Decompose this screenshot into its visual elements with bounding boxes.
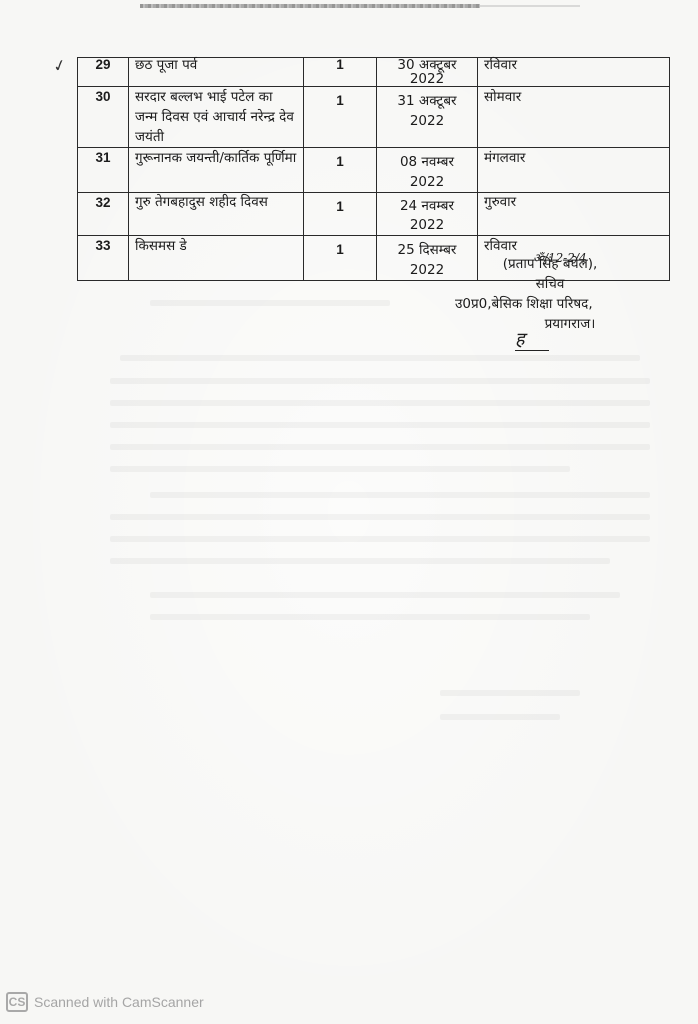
bleed-through-line xyxy=(440,690,580,696)
scan-top-edge-faint xyxy=(480,5,580,7)
holiday-date: 30 अक्टूबर 2022 xyxy=(377,58,478,87)
serial-number: 31 xyxy=(78,148,129,193)
date-value: 31 अक्टूबर 2022 xyxy=(383,91,471,131)
bleed-through-line xyxy=(150,492,650,498)
camscanner-text: Scanned with CamScanner xyxy=(34,994,204,1010)
table-row: 31 गुरूनानक जयन्ती/कार्तिक पूर्णिमा 1 08… xyxy=(78,148,670,193)
date-value: 08 नवम्बर 2022 xyxy=(383,152,471,192)
signature-block: (प्रताप सिंह बघेल), ॐ/12-2/4 सचिव उ0प्र0… xyxy=(455,254,645,334)
scan-top-edge xyxy=(140,4,480,8)
holiday-date: 08 नवम्बर 2022 xyxy=(377,148,478,193)
signatory-office: उ0प्र0,बेसिक शिक्षा परिषद, xyxy=(455,294,645,314)
camscanner-watermark: CS Scanned with CamScanner xyxy=(6,992,204,1012)
holiday-name: किसमस डे xyxy=(129,236,304,281)
bleed-through-line xyxy=(110,558,610,564)
bleed-through-line xyxy=(110,444,650,450)
holiday-weekday: गुरुवार xyxy=(478,193,670,236)
days-value: 1 xyxy=(336,58,344,72)
holiday-name: छठ पूजा पर्व xyxy=(129,58,304,87)
bleed-through-line xyxy=(150,614,590,620)
holiday-weekday: सोमवार xyxy=(478,87,670,148)
days-value: 1 xyxy=(336,91,344,111)
holiday-name: सरदार बल्लभ भाई पटेल का जन्म दिवस एवं आच… xyxy=(129,87,304,148)
serial-number: 32 xyxy=(78,193,129,236)
table-row: 32 गुरु तेगबहादुस शहीद दिवस 1 24 नवम्बर … xyxy=(78,193,670,236)
signatory-designation: सचिव xyxy=(455,274,645,294)
table-row: 30 सरदार बल्लभ भाई पटेल का जन्म दिवस एवं… xyxy=(78,87,670,148)
holiday-days: 1 xyxy=(304,58,377,87)
handwritten-date: ॐ/12-2/4 xyxy=(533,248,587,268)
camscanner-logo-icon: CS xyxy=(6,992,28,1012)
table-row: 29 छठ पूजा पर्व 1 30 अक्टूबर 2022 रविवार xyxy=(78,58,670,87)
holiday-name: गुरु तेगबहादुस शहीद दिवस xyxy=(129,193,304,236)
bleed-through-line xyxy=(150,592,620,598)
holiday-name: गुरूनानक जयन्ती/कार्तिक पूर्णिमा xyxy=(129,148,304,193)
holiday-days: 1 xyxy=(304,193,377,236)
serial-number: 33 xyxy=(78,236,129,281)
bleed-through-line xyxy=(110,422,650,428)
bleed-through-line xyxy=(110,378,650,384)
holiday-weekday: मंगलवार xyxy=(478,148,670,193)
date-value: 24 नवम्बर 2022 xyxy=(383,197,471,235)
holiday-date: 31 अक्टूबर 2022 xyxy=(377,87,478,148)
holiday-days: 1 xyxy=(304,236,377,281)
days-value: 1 xyxy=(336,240,344,260)
bleed-through-line xyxy=(110,400,650,406)
bleed-through-line xyxy=(150,300,390,306)
handwritten-initials: ह xyxy=(515,330,549,351)
days-value: 1 xyxy=(336,197,344,216)
days-value: 1 xyxy=(336,152,344,172)
signatory-place: प्रयागराज। xyxy=(455,314,645,334)
holiday-weekday: रविवार xyxy=(478,58,670,87)
bleed-through-line xyxy=(110,466,570,472)
bleed-through-line xyxy=(110,514,650,520)
holiday-days: 1 xyxy=(304,87,377,148)
holiday-days: 1 xyxy=(304,148,377,193)
date-value: 30 अक्टूबर 2022 xyxy=(383,58,471,86)
bleed-through-line xyxy=(440,714,560,720)
bleed-through-line xyxy=(120,355,640,361)
holiday-date: 24 नवम्बर 2022 xyxy=(377,193,478,236)
serial-number: 30 xyxy=(78,87,129,148)
bleed-through-line xyxy=(110,536,650,542)
serial-number: 29 xyxy=(78,58,129,87)
